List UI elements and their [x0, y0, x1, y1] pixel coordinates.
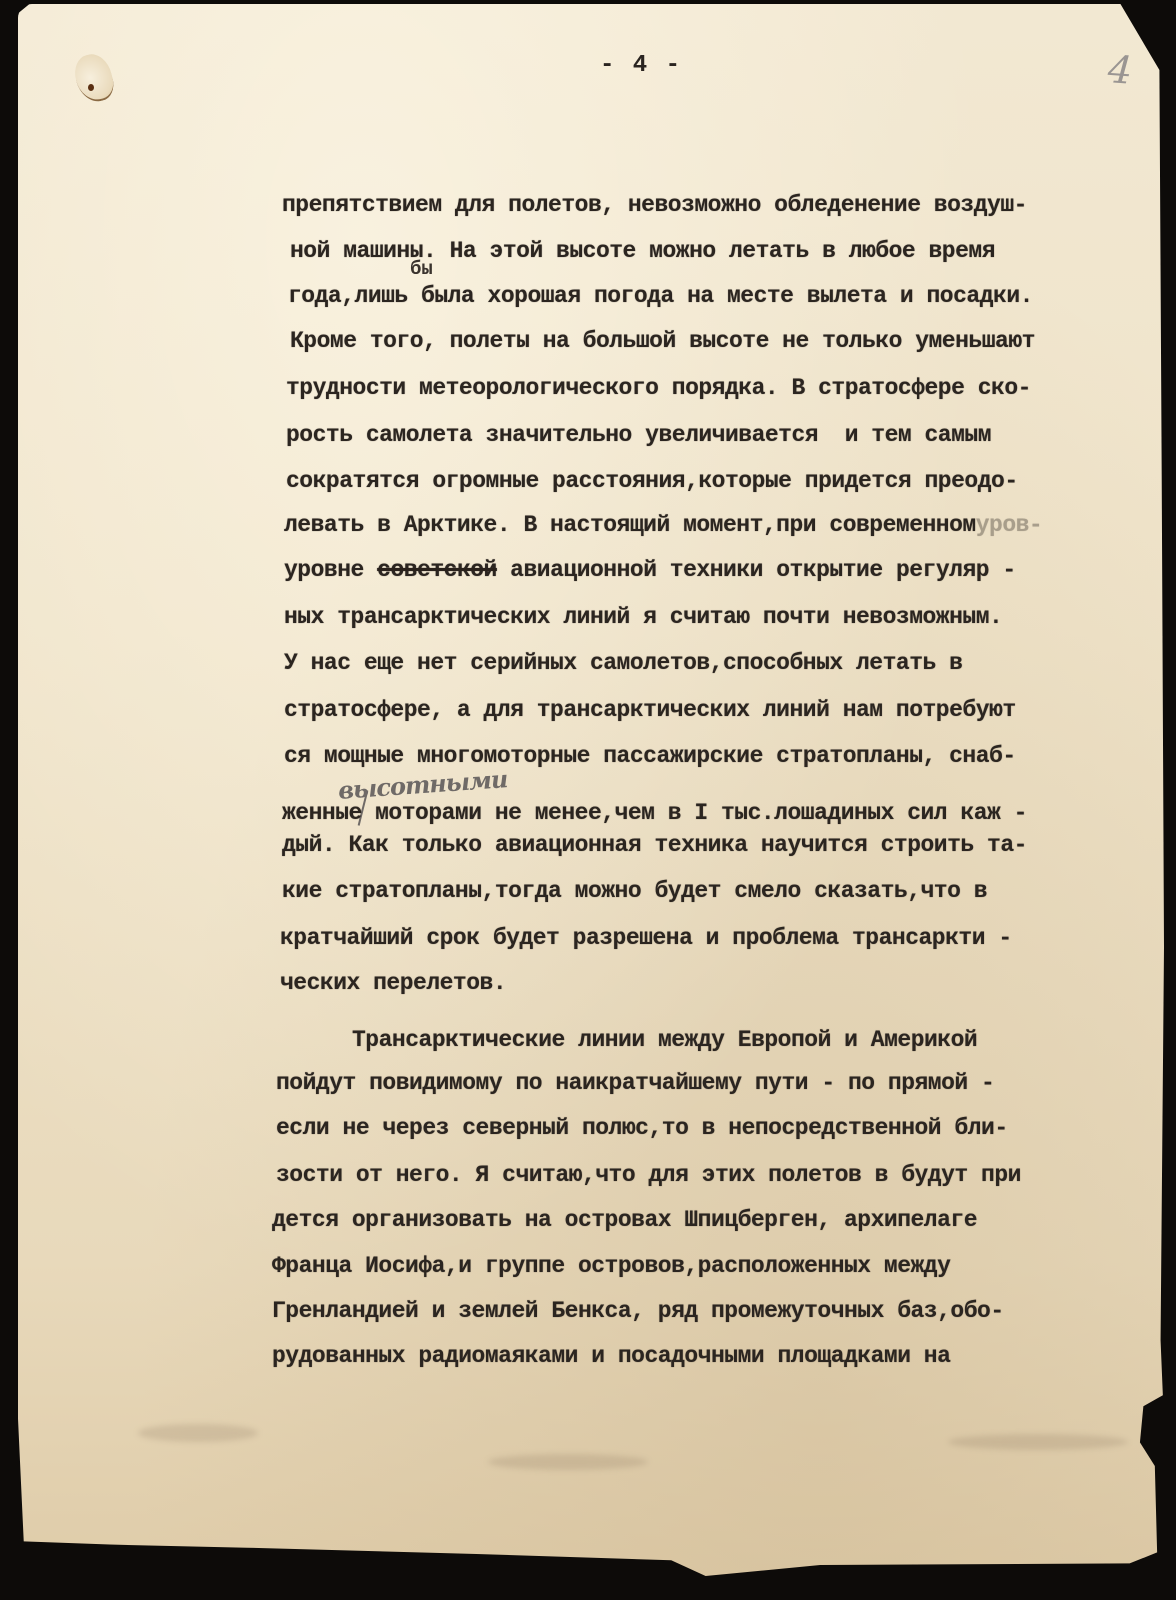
text-line: Гренландией и землей Бенкса, ряд промежу…	[272, 1298, 1004, 1324]
typewritten-body: препятствием для полетов, невозможно обл…	[0, 0, 1176, 1600]
text-line: рудованных радиомаяками и посадочными пл…	[272, 1343, 950, 1369]
text-line: Франца Иосифа,и группе островов,располож…	[272, 1253, 950, 1279]
text-line: левать в Арктике. В настоящий момент,при…	[284, 512, 1042, 538]
text-line: дый. Как только авиационная техника науч…	[282, 832, 1027, 858]
text-segment: левать в Арктике. В настоящий момент,при…	[284, 512, 976, 538]
handwritten-correction: высотными	[337, 764, 508, 805]
text-line: ческих перелетов.	[280, 970, 506, 996]
text-line: зости от него. Я считаю,что для этих пол…	[276, 1162, 1021, 1188]
text-line: У нас еще нет серийных самолетов,способн…	[284, 650, 962, 676]
text-line: кие стратопланы,тогда можно будет смело …	[282, 878, 987, 904]
text-segment: уровне	[284, 557, 364, 583]
text-line-paragraph-start: Трансарктические линии между Европой и А…	[352, 1027, 977, 1053]
text-line: если не через северный полюс,то в непоср…	[276, 1115, 1008, 1141]
text-line: препятствием для полетов, невозможно обл…	[282, 192, 1027, 218]
text-line: женные моторами не менее,чем в I тыс.лош…	[282, 800, 1027, 826]
text-line: ной машины. На этой высоте можно летать …	[290, 238, 995, 264]
text-line: пойдут повидимому по наикратчайшему пути…	[276, 1070, 994, 1096]
text-line: трудности метеорологического порядка. В …	[286, 375, 1031, 401]
text-line: дется организовать на островах Шпицберге…	[272, 1207, 977, 1233]
text-line: уровне советской авиационной техники отк…	[284, 557, 1016, 583]
typed-insertion: бы	[410, 258, 433, 280]
text-line: стратосфере, а для трансарктических лини…	[284, 697, 1016, 723]
text-line: Кроме того, полеты на большой высоте не …	[290, 328, 1035, 354]
text-line: ся мощные многомоторные пассажирские стр…	[284, 743, 1016, 769]
struck-out-word: советской	[377, 557, 497, 583]
text-line: кратчайший срок будет разрешена и пробле…	[280, 925, 1012, 951]
text-line: ных трансарктических линий я считаю почт…	[284, 604, 1002, 630]
text-line: года,лишь была хорошая погода на месте в…	[288, 283, 1033, 309]
text-line: рость самолета значительно увеличивается…	[286, 422, 991, 448]
text-line: сократятся огромные расстояния,которые п…	[286, 468, 1018, 494]
text-segment: авиационной техники открытие регуляр -	[497, 557, 1016, 583]
faded-hyphenation: уров-	[976, 512, 1043, 538]
scanned-page: - 4 - 4 препятствием для полетов, невозм…	[0, 0, 1176, 1600]
